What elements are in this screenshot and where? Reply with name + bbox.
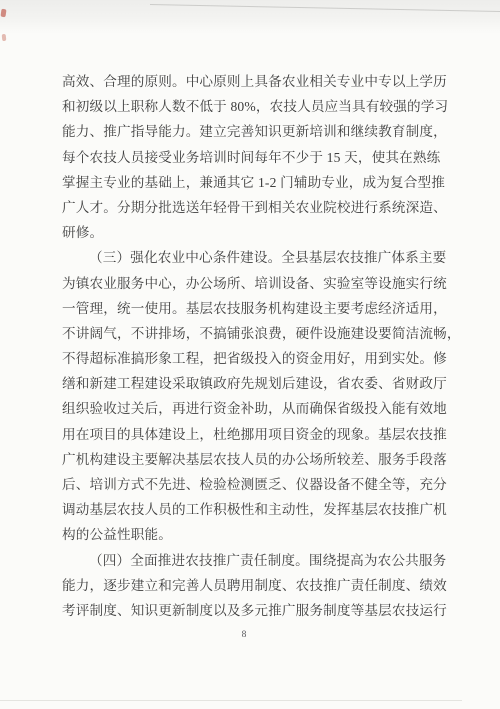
text-line: 为镇农业服务中心，办公场所、培训设备、实验室等设施实行统 (62, 271, 454, 296)
text-line: 一管理，统一使用。基层农技服务机构建设主要考虑经济适用， (62, 296, 454, 321)
page-bottom-edge (0, 700, 462, 701)
text-line: 后、培训方式不先进、检验检测匮乏、仪器设备不健全等，充分 (62, 472, 454, 497)
text-line: 用在项目的具体建设上，杜绝挪用项目资金的现象。基层农技推 (62, 422, 454, 447)
text-line: 每个农技人员接受业务培训时间每年不少于 15 天，使其在熟练 (62, 145, 454, 170)
text-line: 研修。 (62, 220, 454, 245)
text-line: 能力、推广指导能力。建立完善知识更新培训和继续教育制度， (62, 119, 454, 144)
text-line: 高效、合理的原则。中心原则上具备农业相关专业中专以上学历 (62, 69, 454, 94)
text-line: 缮和新建工程建设采取镇政府先规划后建设，省农委、省财政厅 (62, 371, 454, 396)
red-scan-mark (2, 34, 7, 41)
page-number: 8 (236, 630, 252, 640)
text-line: 构的公益性职能。 (62, 522, 454, 547)
text-line: 考评制度、知识更新制度以及多元推广服务制度等基层农技运行 (62, 598, 454, 623)
text-line: 和初级以上职称人数不低于 80%，农技人员应当具有较强的学习 (62, 94, 454, 119)
text-line: 广机构建设主要解决基层农技人员的办公场所较差、服务手段落 (62, 447, 454, 472)
text-line: 调动基层农技人员的工作积极性和主动性，发挥基层农技推广机 (62, 497, 454, 522)
text-line: 不讲阔气，不讲排场，不搞铺张浪费，硬件设施建设要简洁流畅， (62, 321, 454, 346)
text-line: 组织验收过关后，再进行资金补助，从而确保省级投入能有效地 (62, 396, 454, 421)
text-line: 能力，逐步建立和完善人员聘用制度、农技推广责任制度、绩效 (62, 573, 454, 598)
text-line-section-3-heading: （三）强化农业中心条件建设。全县基层农技推广体系主要 (62, 245, 454, 270)
text-line-section-4-heading: （四）全面推进农技推广责任制度。围绕提高为农公共服务 (62, 548, 454, 573)
text-line: 不得超标准搞形象工程，把省级投入的资金用好，用到实处。修 (62, 346, 454, 371)
document-body: 高效、合理的原则。中心原则上具备农业相关专业中专以上学历 和初级以上职称人数不低… (62, 69, 454, 623)
text-line: 广人才。分期分批选送年轻骨干到相关农业院校进行系统深造、 (62, 195, 454, 220)
scanned-document-page: 高效、合理的原则。中心原则上具备农业相关专业中专以上学历 和初级以上职称人数不低… (0, 0, 500, 709)
text-line: 掌握主专业的基础上，兼通其它 1-2 门辅助专业，成为复合型推 (62, 170, 454, 195)
